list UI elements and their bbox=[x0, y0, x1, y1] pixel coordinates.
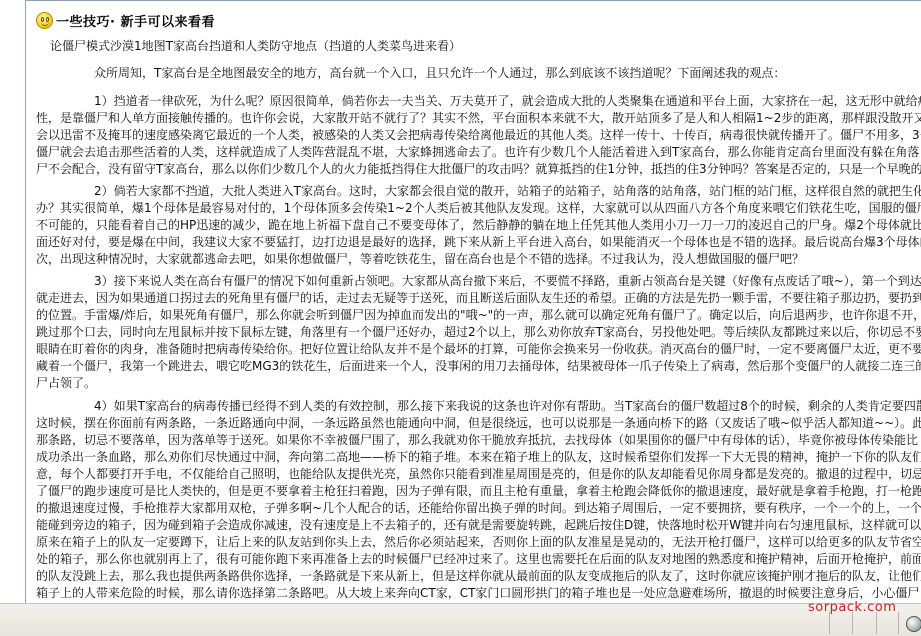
watermark: sorpack.com bbox=[808, 600, 896, 615]
paragraph-line: 尸不会配合，没有留守T家高台，那么以你们少数几个人的火力能抵挡得住大批僵尸的攻击… bbox=[36, 161, 921, 178]
paragraph-line: 成功杀出一条血路，那么劝你们尽快通过中洞，奔向第二高地——桥下的箱子堆。本来在箱… bbox=[36, 449, 921, 466]
paragraph-line: 原来在箱子上的队友一定要蹲下，让后上来的队友站到你头上去，然后你必须站起来，否则… bbox=[36, 534, 921, 551]
paragraph-line: 处的箱子，那么你也就别再上了，很有可能你跑下来再准备上去的时候僵尸已经冲过来了。… bbox=[36, 551, 921, 568]
paragraph-line: 办？其实很简单，爆1个母体是最容易对付的，1个母体顶多会传染1~2个人类后被其他… bbox=[36, 200, 921, 217]
paragraph-line: 的队友没跳上去，那么我也提供两条路供你选择，一条路就是下来从新上，但是这样你就从… bbox=[36, 568, 921, 585]
status-separator bbox=[852, 612, 853, 634]
status-separator bbox=[876, 612, 877, 634]
globe-icon[interactable] bbox=[906, 616, 921, 632]
status-separator bbox=[829, 612, 830, 634]
browser-status-bar bbox=[0, 603, 921, 636]
paragraph-line: 的位置。手雷爆/炸后，如果死角有僵尸，那么你就会听到僵尸因为掉血而发出的"哦~"… bbox=[36, 307, 921, 324]
paragraph-line: 尸占领了。 bbox=[36, 375, 921, 392]
paragraph-line: 这时候，摆在你面前有两条路，一条近路通向中洞，一条远路虽然也能通向中洞，但是很绕… bbox=[36, 415, 921, 432]
post-subtitle: 论僵尸模式沙漠1地图T家高台挡道和人类防守地点（挡道的人类菜鸟进来看） bbox=[50, 37, 461, 54]
forum-post: 一些技巧· 新手可以来看看 论僵尸模式沙漠1地图T家高台挡道和人类防守地点（挡道… bbox=[26, 1, 921, 603]
paragraph-line: 次，出现这种情况时，大家就都逃命去吧，如果你想做僵尸，等着吃铁花生，留在高台也是… bbox=[36, 251, 921, 268]
paragraph-line: 性，是靠僵尸和人单方面接触传播的。也许你会说，大家散开站不就行了？其实不然，平台… bbox=[36, 110, 921, 127]
paragraph-line: 跳过那个口去，同时向左甩鼠标并按下鼠标左键，角落里有一个僵尸还好办，超过2个以上… bbox=[36, 324, 921, 341]
intro-line: 众所周知，T家高台是全地图最安全的地方，高台就一个入口，且只允许一个人通过，那么… bbox=[36, 65, 921, 82]
post-title-row: 一些技巧· 新手可以来看看 bbox=[36, 10, 215, 30]
paragraph-2: 2）倘若大家都不挡道，大批人类进入T家高台。这时，大家都会很自觉的散开，站箱子的… bbox=[36, 183, 921, 268]
paragraph-3: 3）接下来说人类在高台有僵尸的情况下如何重新占领吧。大家都从高台撤下来后，不要慌… bbox=[36, 273, 921, 392]
paragraph-line: 会以迅雷不及掩耳的速度感染离它最近的一个人类，被感染的人类又会把病毒传染给离他最… bbox=[36, 127, 921, 144]
paragraph-line: 面还好对付，要是爆在中间，我建议大家不要猛打，边打边退是最好的选择，跳下来从新上… bbox=[36, 234, 921, 251]
post-title: 一些技巧· 新手可以来看看 bbox=[56, 11, 215, 30]
paragraph-line: 3）接下来说人类在高台有僵尸的情况下如何重新占领吧。大家都从高台撤下来后，不要慌… bbox=[36, 273, 921, 290]
paragraph-line: 的撤退速度过慢，手枪推荐大家都用双枪，子弹多啊~几个人配合的话，还能给你留出换子… bbox=[36, 500, 921, 517]
paragraph-4: 4）如果T家高台的病毒传播已经得不到人类的有效控制，那么接下来我说的这条也许对你… bbox=[36, 398, 921, 603]
paragraph-line: 能碰到旁边的箱子，因为碰到箱子会造成你减速，没有速度是上不去箱子的，还有就是需要… bbox=[36, 517, 921, 534]
paragraph-line: 1）挡道者一律砍死，为什么呢？原因很简单，倘若你去一夫当关、万夫莫开了，就会造成… bbox=[36, 93, 921, 110]
paragraph-line: 僵尸就会去追击那些活着的人类，这样就造成了人类阵营混乱不堪，大家蜂拥逃命去了。也… bbox=[36, 144, 921, 161]
intro-paragraph: 众所周知，T家高台是全地图最安全的地方，高台就一个入口，且只允许一个人通过，那么… bbox=[36, 65, 921, 82]
paragraph-line: 就走进去，因为如果通道口拐过去的死角里有僵尸的话，走过去无疑等于送死，而且断送后… bbox=[36, 290, 921, 307]
smiley-icon bbox=[36, 12, 53, 29]
paragraph-line: 藏着一个僵尸，我第一个跳进去，喂它吃MG3的铁花生，后面进来一个人，没事闲的用刀… bbox=[36, 358, 921, 375]
paragraph-line: 4）如果T家高台的病毒传播已经得不到人类的有效控制，那么接下来我说的这条也许对你… bbox=[36, 398, 921, 415]
paragraph-line: 眼睛在盯着你的肉身，准备随时把病毒传染给你。把好位置让给队友并不是个最坏的打算，… bbox=[36, 341, 921, 358]
paragraph-line: 2）倘若大家都不挡道，大批人类进入T家高台。这时，大家都会很自觉的散开，站箱子的… bbox=[36, 183, 921, 200]
paragraph-line: 不可能的，只能看着自己的HP迅速的减少，跪在地上祈福下盘自己不要变母体了，然后静… bbox=[36, 217, 921, 234]
paragraph-line: 那条路，切忌不要落单，因为落单等于送死。如果你不幸被僵尸围了，那么我就劝你干脆放… bbox=[36, 432, 921, 449]
paragraph-1: 1）挡道者一律砍死，为什么呢？原因很简单，倘若你去一夫当关、万夫莫开了，就会造成… bbox=[36, 93, 921, 178]
status-separator bbox=[898, 612, 899, 634]
paragraph-line: 意，每个人都要打开手电，不仅能给自己照明，也能给队友提供光亮，虽然你只能看到准星… bbox=[36, 466, 921, 483]
paragraph-line: 箱子上的人带来危险的时候，那么请你选择第二条路吧。从大坡上来奔向CT家，CT家门… bbox=[36, 585, 921, 602]
browser-content: 一些技巧· 新手可以来看看 论僵尸模式沙漠1地图T家高台挡道和人类防守地点（挡道… bbox=[0, 0, 921, 603]
paragraph-line: 了僵尸的跑步速度可是比人类快的，但是更不要拿着主枪狂扫着跑，因为子弹有限，而且主… bbox=[36, 483, 921, 500]
